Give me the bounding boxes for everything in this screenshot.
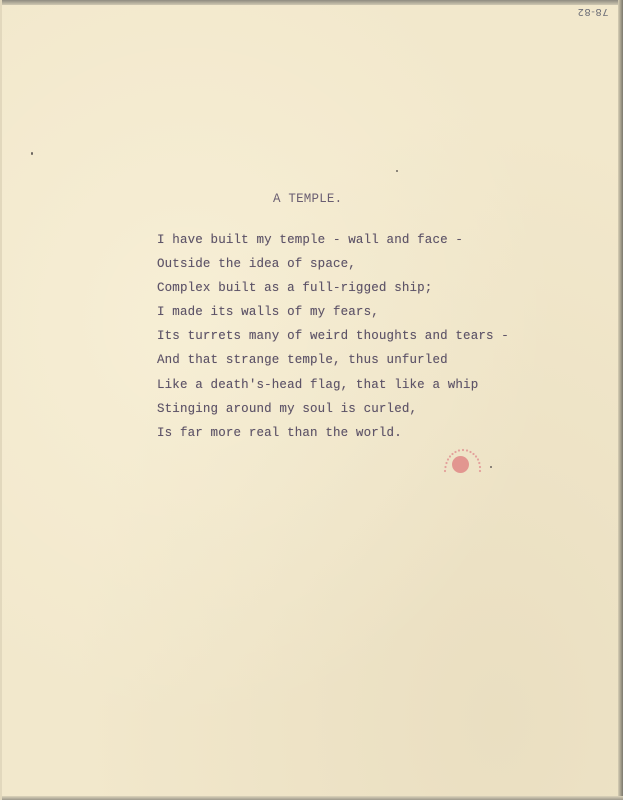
poem-body: I have built my temple - wall and face -…	[157, 233, 509, 450]
ink-speck	[396, 170, 398, 172]
ink-speck	[31, 152, 33, 155]
poem-line: And that strange temple, thus unfurled	[157, 353, 509, 377]
poem-line: I have built my temple - wall and face -	[157, 233, 509, 257]
poem-line: Its turrets many of weird thoughts and t…	[157, 329, 509, 353]
poem-line: Like a death's-head flag, that like a wh…	[157, 378, 509, 402]
poem-line: I made its walls of my fears,	[157, 305, 509, 329]
typewritten-page: 78-82 A TEMPLE. I have built my temple -…	[0, 0, 623, 800]
page-left-edge	[0, 0, 2, 800]
poem-line: Outside the idea of space,	[157, 257, 509, 281]
poem-title: A TEMPLE.	[273, 192, 342, 206]
poem-line: Complex built as a full-rigged ship;	[157, 281, 509, 305]
stamp-seal	[452, 456, 469, 473]
poem-line: Stinging around my soul is curled,	[157, 402, 509, 426]
page-bottom-edge	[0, 796, 623, 800]
page-right-edge	[618, 0, 623, 800]
page-top-edge	[0, 0, 623, 5]
ink-speck	[490, 466, 492, 468]
folio-annotation: 78-82	[577, 6, 609, 17]
